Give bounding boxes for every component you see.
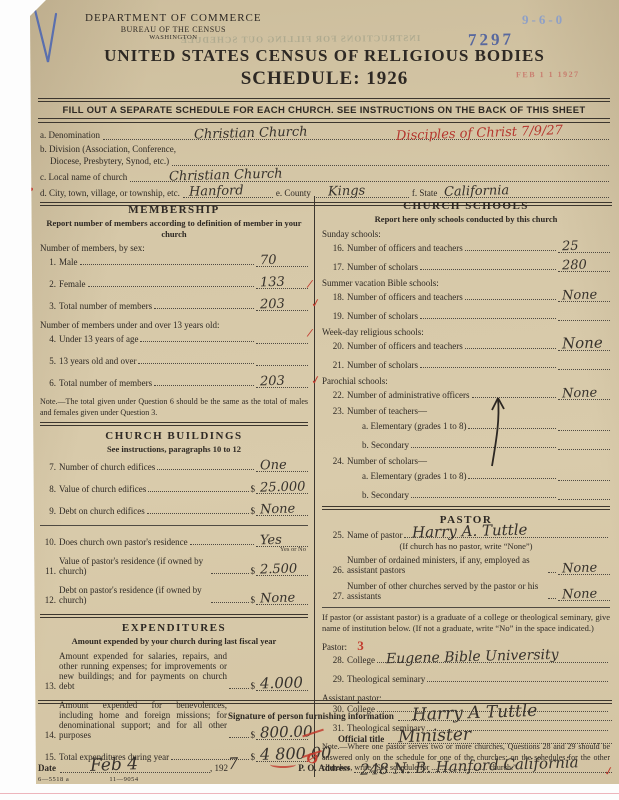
date-label: Date [38,763,56,773]
red-margin-mark: U. [12,172,35,196]
item-number: 4. [40,334,56,344]
item-label: a. Elementary (grades 1 to 8) [362,421,466,431]
item-number: 1. [40,257,56,267]
row-q13: 13. Amount expended for salaries, repair… [40,651,308,691]
row-q6: 6. Total number of members 203 [40,375,308,388]
value-line: One [256,459,308,472]
item-label: a. Elementary (grades 1 to 8) [362,471,466,481]
signature-label: Signature of person furnishing informati… [228,711,394,721]
membership-subheading: Report number of members according to de… [40,218,308,239]
value-line [558,357,610,370]
divider [40,525,308,526]
field-denomination: a. Denomination Christian Church Discipl… [40,128,612,140]
item-number: 7. [40,462,56,472]
item-number: 23. [322,406,344,416]
handwritten-value: Christian Church [168,167,282,185]
item-number: 16. [322,243,344,253]
dotted-leader [465,348,556,349]
census-form-page: INSTRUCTIONS FOR FILLING OUT SCHEDULE DE… [30,0,619,784]
item-number: 29. [322,674,344,684]
field-label: c. Local name of church [40,172,127,182]
field-label: a. Denomination [40,130,100,140]
handwritten-red-annotation: Disciples of Christ 7/9/27 [396,123,563,144]
handwritten-value: None [562,561,598,577]
handwritten-value: 2.500 [260,562,298,578]
field-line [172,154,609,166]
buildings-heading: CHURCH BUILDINGS [40,430,308,442]
row-q24a: a. Elementary (grades 1 to 8) [362,468,610,481]
handwritten-value: Yes [260,533,282,549]
handwritten-value: Christian Church [194,125,308,143]
date-line: Feb 4 [60,760,210,773]
red-number-annotation: 3 [357,638,364,653]
item-label: Number of church edifices [59,462,155,472]
value-line: 25.000 [256,481,308,494]
dotted-leader [548,598,556,599]
field-division-line2: Diocese, Presbytery, Synod, etc.) [40,154,612,166]
yes-or-no-hint: Yes or No [280,546,306,553]
value-line: 280 [558,259,610,272]
item-label: b. Secondary [362,440,409,450]
item-label: Number of scholars— [347,456,427,466]
item-number: 27. [322,591,344,601]
row-q21: 21. Number of scholars [322,357,610,370]
item-label: College [347,655,375,665]
row-q8: 8. Value of church edifices $ 25.000 [40,481,308,494]
item-label: Number of scholars [347,311,418,321]
item-label: Number of officers and teachers [347,243,463,253]
row-q7: 7. Number of church edifices One [40,459,308,472]
item-number: 28. [322,655,344,665]
value-line: 133 [256,276,308,289]
item-number: 2. [40,279,56,289]
value-line: 70 [256,254,308,267]
item-number: 21. [322,360,344,370]
value-line: None [256,592,308,605]
item-label: Male [59,257,78,267]
handwritten-value: None [562,385,598,401]
group-label: Number of members, by sex: [40,243,308,253]
row-q27: 27. Number of other churches served by t… [322,581,610,601]
group-label: Parochial schools: [322,376,610,386]
identity-section: a. Denomination Christian Church Discipl… [40,128,612,206]
dollar-sign: $ [251,681,256,691]
item-number: 13. [40,681,56,691]
form-title: UNITED STATES CENSUS OF RELIGIOUS BODIES [30,46,619,66]
dotted-leader [211,602,249,603]
dotted-leader [147,513,249,514]
item-number: 22. [322,390,344,400]
dotted-leader [148,491,248,492]
left-column: MEMBERSHIP Report number of members acco… [38,196,315,777]
official-title-handwriting: Minister [398,725,472,748]
value-line: None [256,503,308,516]
handwritten-value: None [260,502,296,518]
handwritten-value: 4.000 [260,674,303,693]
item-number: 5. [40,356,56,366]
row-q10: 10. Does church own pastor's residence Y… [40,534,308,547]
dotted-leader [211,573,249,574]
item-label: Total number of members [59,378,152,388]
dotted-leader [157,469,254,470]
divider [40,614,308,618]
dollar-sign: $ [251,595,256,605]
handwritten-value: 25 [562,238,579,253]
item-number: 6. [40,378,56,388]
value-line: 203 [256,375,308,388]
item-label: Number of teachers— [347,406,427,416]
po-address-label: P. O. Address [298,763,350,773]
item-label: Debt on pastor's residence (if owned by … [59,585,209,605]
item-number: 17. [322,262,344,272]
banner-text: FILL OUT A SEPARATE SCHEDULE FOR EACH CH… [38,102,610,118]
item-number: 24. [322,456,344,466]
item-number: 18. [322,292,344,302]
item-label: b. Secondary [362,490,409,500]
handwritten-value: 203 [260,297,285,313]
q25-note: (If church has no pastor, write “None”) [322,541,610,551]
item-label: Number of scholars [347,360,418,370]
signature-handwriting: Harry A Tuttle [412,701,538,725]
row-q25: 25. Name of pastor Harry A. Tuttle [322,528,610,540]
agency-line2: BUREAU OF THE CENSUS [85,25,262,34]
divider [322,506,610,510]
arrow-annotation [482,392,512,468]
value-line: 203 [256,298,308,311]
form-codes: 6—5518 a 11—9054 [38,776,612,783]
row-q2: 2. Female 133 [40,276,308,289]
banner-block: FILL OUT A SEPARATE SCHEDULE FOR EACH CH… [38,98,610,123]
item-number: 8. [40,484,56,494]
handwritten-value: None [260,591,296,607]
dotted-leader [190,544,254,545]
item-label: Number of officers and teachers [347,292,463,302]
item-number: 25. [322,530,344,540]
year-handwriting: 7 [228,754,239,773]
po-address-line: 248 N. B. Hanford California [354,760,612,773]
handwritten-value: One [260,458,287,474]
dotted-leader [468,478,556,479]
form-subtitle: SCHEDULE: 1926 [30,68,619,90]
field-division: b. Division (Association, Conference, [40,144,612,154]
value-line: 4.000 [256,678,308,691]
value-line: 25 [558,240,610,253]
row-q4: 4. Under 13 years of age [40,331,308,344]
handwritten-value: 203 [260,374,285,390]
graduate-paragraph: If pastor (or assistant pastor) is a gra… [322,612,610,634]
item-label: Does church own pastor's residence [59,537,188,547]
form-columns: MEMBERSHIP Report number of members acco… [38,196,612,777]
dotted-leader [420,367,556,368]
item-label: Number of scholars [347,262,418,272]
dotted-leader [88,286,255,287]
agency-line1: DEPARTMENT OF COMMERCE [85,12,262,25]
handwritten-value: Eugene Bible University [386,647,559,668]
handwritten-value: 133 [260,275,285,291]
expenditures-subheading: Amount expended by your church during la… [40,636,308,647]
expenditures-heading: EXPENDITURES [40,622,308,634]
item-number: 26. [322,565,344,575]
item-label: Name of pastor [347,530,402,540]
official-title-row: Official title Minister [338,731,612,744]
row-q19: 19. Number of scholars [322,308,610,321]
item-label: Under 13 years of age [59,334,138,344]
field-label: b. Division (Association, Conference, [40,144,176,154]
value-line: YesYes or No [256,534,308,547]
row-q1: 1. Male 70 [40,254,308,267]
po-address-handwriting: 248 N. B. Hanford California [359,753,578,779]
handwritten-value: 280 [562,257,587,273]
dotted-leader [154,308,254,309]
item-label: Value of pastor's residence (if owned by… [59,556,209,576]
footer-section: Signature of person furnishing informati… [38,708,612,783]
value-line [256,331,308,344]
value-line: None [558,338,610,351]
value-line [558,437,610,450]
form-code-2: 11—9054 [109,776,138,783]
dotted-leader [80,264,255,265]
dotted-leader [154,385,254,386]
item-label: Theological seminary [347,674,425,684]
row-q11: 11. Value of pastor's residence (if owne… [40,556,308,576]
item-label: Amount expended for salaries, repairs, a… [59,651,227,691]
item-label: Number of officers and teachers [347,341,463,351]
value-line [256,353,308,366]
scan-edge-line [0,793,619,794]
schools-subheading: Report here only schools conducted by th… [322,214,610,225]
value-line: None [558,562,610,575]
official-title-label: Official title [338,734,384,744]
item-number: 19. [322,311,344,321]
value-line [558,468,610,481]
dollar-sign: $ [251,506,256,516]
value-line [558,308,610,321]
dotted-leader [411,497,556,498]
date-handwriting: Feb 4 [90,754,139,776]
row-q26: 26. Number of ordained ministers, if any… [322,555,610,575]
membership-note: Note.—The total given under Question 6 s… [40,397,308,418]
row-q16: 16. Number of officers and teachers 25 [322,240,610,253]
value-line: 2.500 [256,563,308,576]
value-line [558,418,610,431]
value-line [558,487,610,500]
divider [40,422,308,426]
row-q29: 29. Theological seminary [322,674,610,684]
item-number: 9. [40,506,56,516]
buildings-subheading: See instructions, paragraphs 10 to 12 [40,444,308,455]
divider [322,607,610,608]
field-label: Diocese, Presbytery, Synod, etc.) [50,156,169,166]
agency-block: DEPARTMENT OF COMMERCE BUREAU OF THE CEN… [85,12,262,41]
row-q23: 23. Number of teachers— [322,406,610,416]
handwritten-value: 25.000 [260,479,306,495]
row-q12: 12. Debt on pastor's residence (if owned… [40,585,308,605]
item-label: Debt on church edifices [59,506,145,516]
dotted-leader [138,363,254,364]
divider [38,118,610,122]
item-label: Number of other churches served by the p… [347,581,546,601]
field-line: Christian Church [130,170,609,182]
row-q20: 20. Number of officers and teachers None [322,338,610,351]
item-label: Number of ordained ministers, if any, em… [347,555,546,575]
row-q9: 9. Debt on church edifices $ None [40,503,308,516]
handwritten-value: None [562,287,598,303]
dotted-leader [140,341,254,342]
row-q3: 3. Total number of members 203 [40,298,308,311]
signature-line: Harry A Tuttle [398,708,612,721]
item-label: Value of church edifices [59,484,146,494]
pencil-code: 9-6-0 [522,12,565,28]
row-q28: 28. College Eugene Bible University [322,655,610,665]
group-label: Number of members under and over 13 year… [40,320,308,330]
year-printed: , 192 [210,763,228,773]
row-q24b: b. Secondary [362,487,610,500]
item-label: Female [59,279,86,289]
value-line: None [558,289,610,302]
dotted-leader [548,572,556,573]
row-q24: 24. Number of scholars— [322,456,610,466]
handwritten-value: None [562,333,603,352]
dollar-sign: $ [251,484,256,494]
item-number: 20. [322,341,344,351]
item-label: Total number of members [59,301,152,311]
right-column: CHURCH SCHOOLS Report here only schools … [315,196,612,777]
group-label: Sunday schools: [322,229,610,239]
dollar-sign: $ [251,566,256,576]
date-address-row: Date Feb 4 , 192 7 P. O. Address 248 N. … [38,754,612,773]
row-q18: 18. Number of officers and teachers None [322,289,610,302]
value-line: None [558,588,610,601]
signature-row: Signature of person furnishing informati… [228,708,612,721]
field-local-name: c. Local name of church Christian Church [40,170,612,182]
handwritten-value: None [562,587,598,603]
row-q5: 5. 13 years old and over [40,353,308,366]
dotted-leader [427,681,608,682]
field-line: Christian Church Disciples of Christ 7/9… [103,128,609,140]
item-label: Number of administrative officers [347,390,470,400]
row-q22: 22. Number of administrative officers No… [322,387,610,400]
dotted-leader [465,250,556,251]
item-number: 3. [40,301,56,311]
form-code-1: 6—5518 a [38,776,69,783]
row-q17: 17. Number of scholars 280 [322,259,610,272]
dotted-leader [420,318,556,319]
handwritten-value: Harry A. Tuttle [412,521,528,542]
value-line: None [558,387,610,400]
item-label: 13 years old and over [59,356,136,366]
group-label: /Summer vacation Bible schools: [322,278,610,288]
schools-heading: CHURCH SCHOOLS [322,200,610,212]
item-number: 10. [40,537,56,547]
dotted-leader [465,299,556,300]
dotted-leader [420,269,556,270]
membership-heading: MEMBERSHIP [40,204,308,216]
item-number: 12. [40,595,56,605]
agency-line3: WASHINGTON [85,34,262,41]
dotted-leader [229,688,249,689]
official-title-line: Minister [388,731,612,744]
handwritten-value: 70 [260,253,277,268]
item-number: 11. [40,566,56,576]
